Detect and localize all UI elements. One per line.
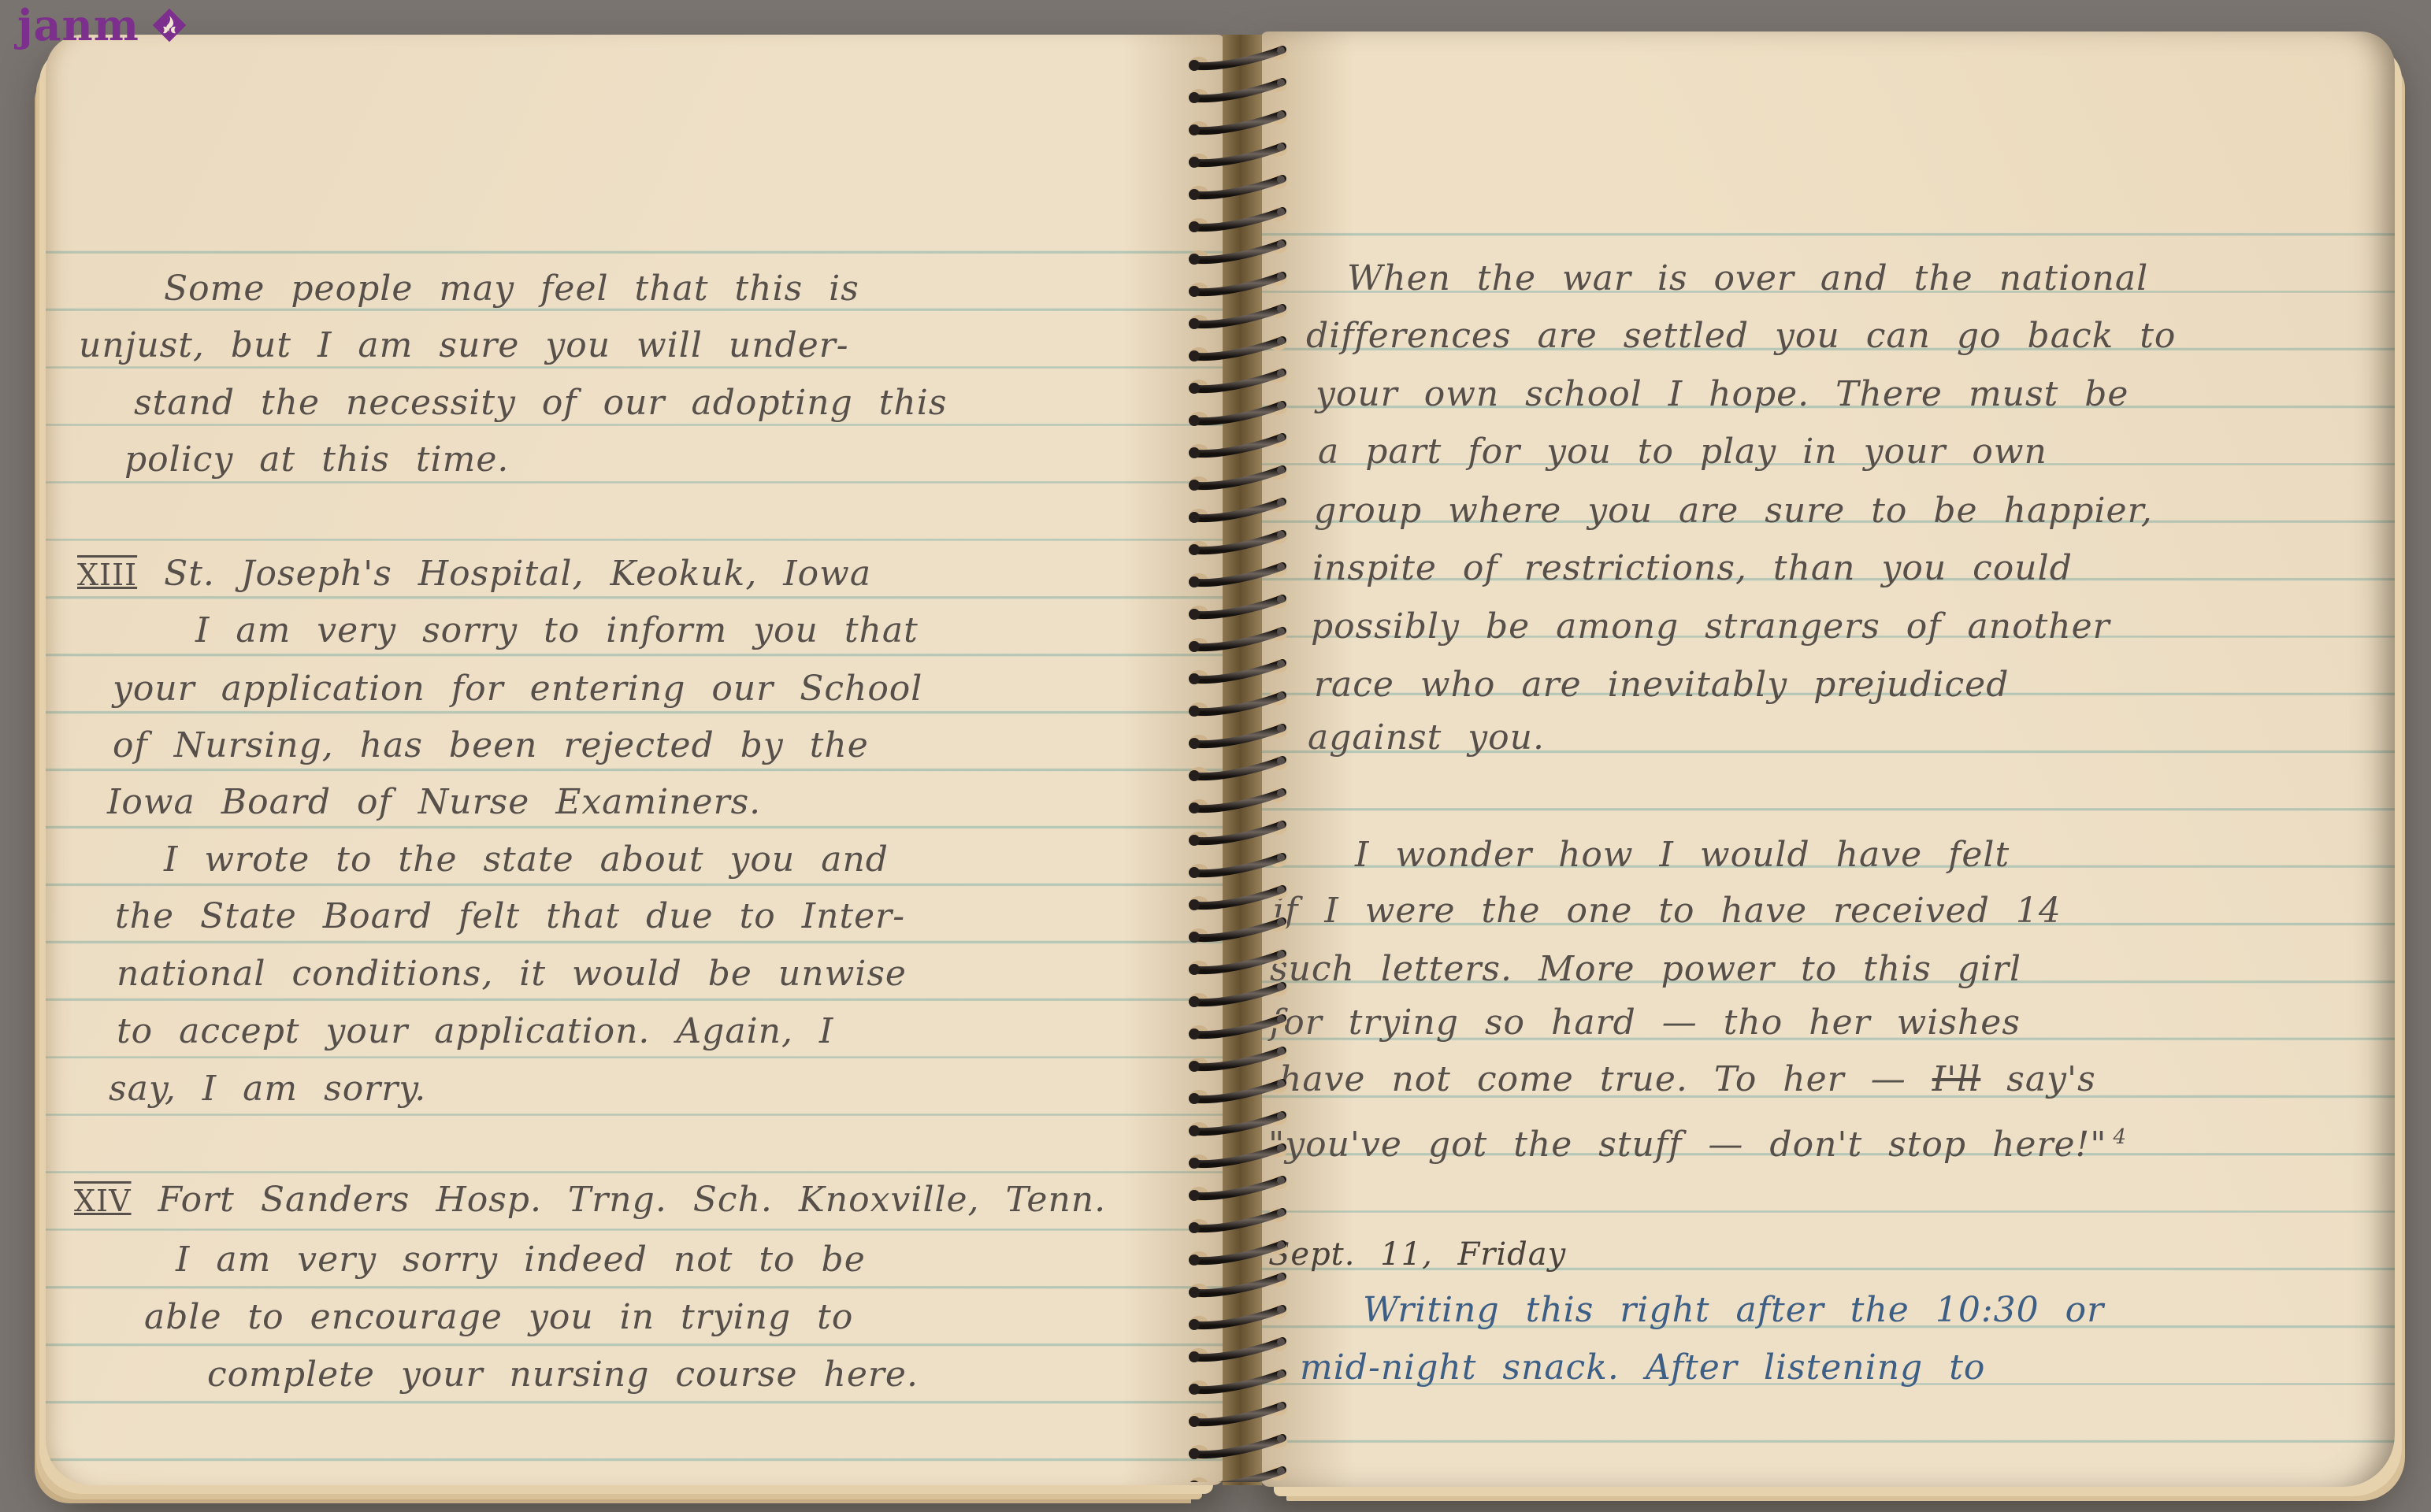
handwritten-line: national conditions, it would be unwise bbox=[117, 951, 907, 998]
spiral-binding bbox=[1175, 41, 1309, 1482]
handwritten-line: Iowa Board of Nurse Examiners. bbox=[107, 779, 761, 826]
handwritten-line: have not come true. To her — I'll say's bbox=[1279, 1056, 2096, 1103]
handwritten-line: unjust, but I am sure you will under- bbox=[79, 322, 849, 369]
handwritten-line: the State Board felt that due to Inter- bbox=[115, 893, 905, 940]
handwritten-line: policy at this time. bbox=[124, 436, 509, 484]
handwritten-line: I wrote to the state about you and bbox=[164, 836, 889, 884]
handwritten-line: I wonder how I would have felt bbox=[1355, 832, 2010, 879]
date-heading: Sept. 11, Friday bbox=[1268, 1231, 1566, 1278]
line-text: say's bbox=[1980, 1059, 2095, 1099]
line-text: have not come true. To her — bbox=[1279, 1059, 1932, 1099]
section-numeral: XIV bbox=[74, 1184, 132, 1218]
notebook-right-page: When the war is over and the national di… bbox=[1260, 31, 2395, 1487]
handwritten-line: possibly be among strangers of another bbox=[1311, 603, 2110, 650]
handwritten-line: complete your nursing course here. bbox=[207, 1351, 919, 1399]
handwritten-line: race who are inevitably prejudiced bbox=[1314, 661, 2009, 709]
handwritten-line: a part for you to play in your own bbox=[1318, 428, 2047, 476]
janm-logo-text: janm bbox=[17, 4, 139, 46]
line-text: St. Joseph's Hospital, Keokuk, Iowa bbox=[164, 554, 871, 594]
handwritten-line: if I were the one to have received 14 bbox=[1273, 888, 2062, 935]
line-text: Fort Sanders Hosp. Trng. Sch. Knoxville,… bbox=[158, 1180, 1107, 1220]
handwritten-line: differences are settled you can go back … bbox=[1306, 313, 2176, 360]
handwritten-line: stand the necessity of our adopting this bbox=[134, 380, 947, 427]
handwritten-line: "you've got the stuff — don't stop here!… bbox=[1268, 1114, 2127, 1169]
handwritten-line: to accept your application. Again, I bbox=[117, 1008, 833, 1055]
handwritten-line: inspite of restrictions, than you could bbox=[1312, 545, 2073, 592]
superscript-mark: 4 bbox=[2113, 1125, 2127, 1149]
handwritten-line: mid-night snack. After listening to bbox=[1300, 1344, 1985, 1392]
janm-crest-icon bbox=[147, 3, 191, 47]
handwritten-line: against you. bbox=[1308, 714, 1545, 762]
handwritten-line: XIVFort Sanders Hosp. Trng. Sch. Knoxvil… bbox=[74, 1177, 1106, 1225]
handwritten-line: group where you are sure to be happier, bbox=[1314, 487, 2153, 535]
handwritten-line: able to encourage you in trying to bbox=[144, 1294, 853, 1341]
handwritten-line: I am very sorry indeed not to be bbox=[176, 1236, 866, 1284]
scan-background: janm Some people may feel that this is u… bbox=[0, 0, 2431, 1512]
notebook-left-page: Some people may feel that this is unjust… bbox=[46, 35, 1224, 1485]
handwritten-line: XIIISt. Joseph's Hospital, Keokuk, Iowa bbox=[77, 550, 871, 598]
handwritten-line: Some people may feel that this is bbox=[164, 265, 859, 313]
handwritten-line: for trying so hard — tho her wishes bbox=[1270, 999, 2021, 1047]
handwritten-line: such letters. More power to this girl bbox=[1270, 946, 2021, 993]
line-text: "you've got the stuff — don't stop here!… bbox=[1268, 1125, 2106, 1165]
handwritten-line: say, I am sorry. bbox=[109, 1065, 426, 1113]
section-numeral: XIII bbox=[77, 558, 137, 592]
handwritten-line: When the war is over and the national bbox=[1347, 255, 2148, 302]
handwritten-line: Writing this right after the 10:30 or bbox=[1363, 1287, 2104, 1334]
handwritten-line: of Nursing, has been rejected by the bbox=[113, 722, 869, 769]
handwritten-line: I am very sorry to inform you that bbox=[195, 607, 919, 654]
struck-out-word: I'll bbox=[1932, 1059, 1981, 1099]
handwritten-line: your application for entering our School bbox=[113, 665, 922, 713]
handwritten-line: your own school I hope. There must be bbox=[1316, 371, 2129, 418]
janm-logo: janm bbox=[17, 3, 191, 47]
